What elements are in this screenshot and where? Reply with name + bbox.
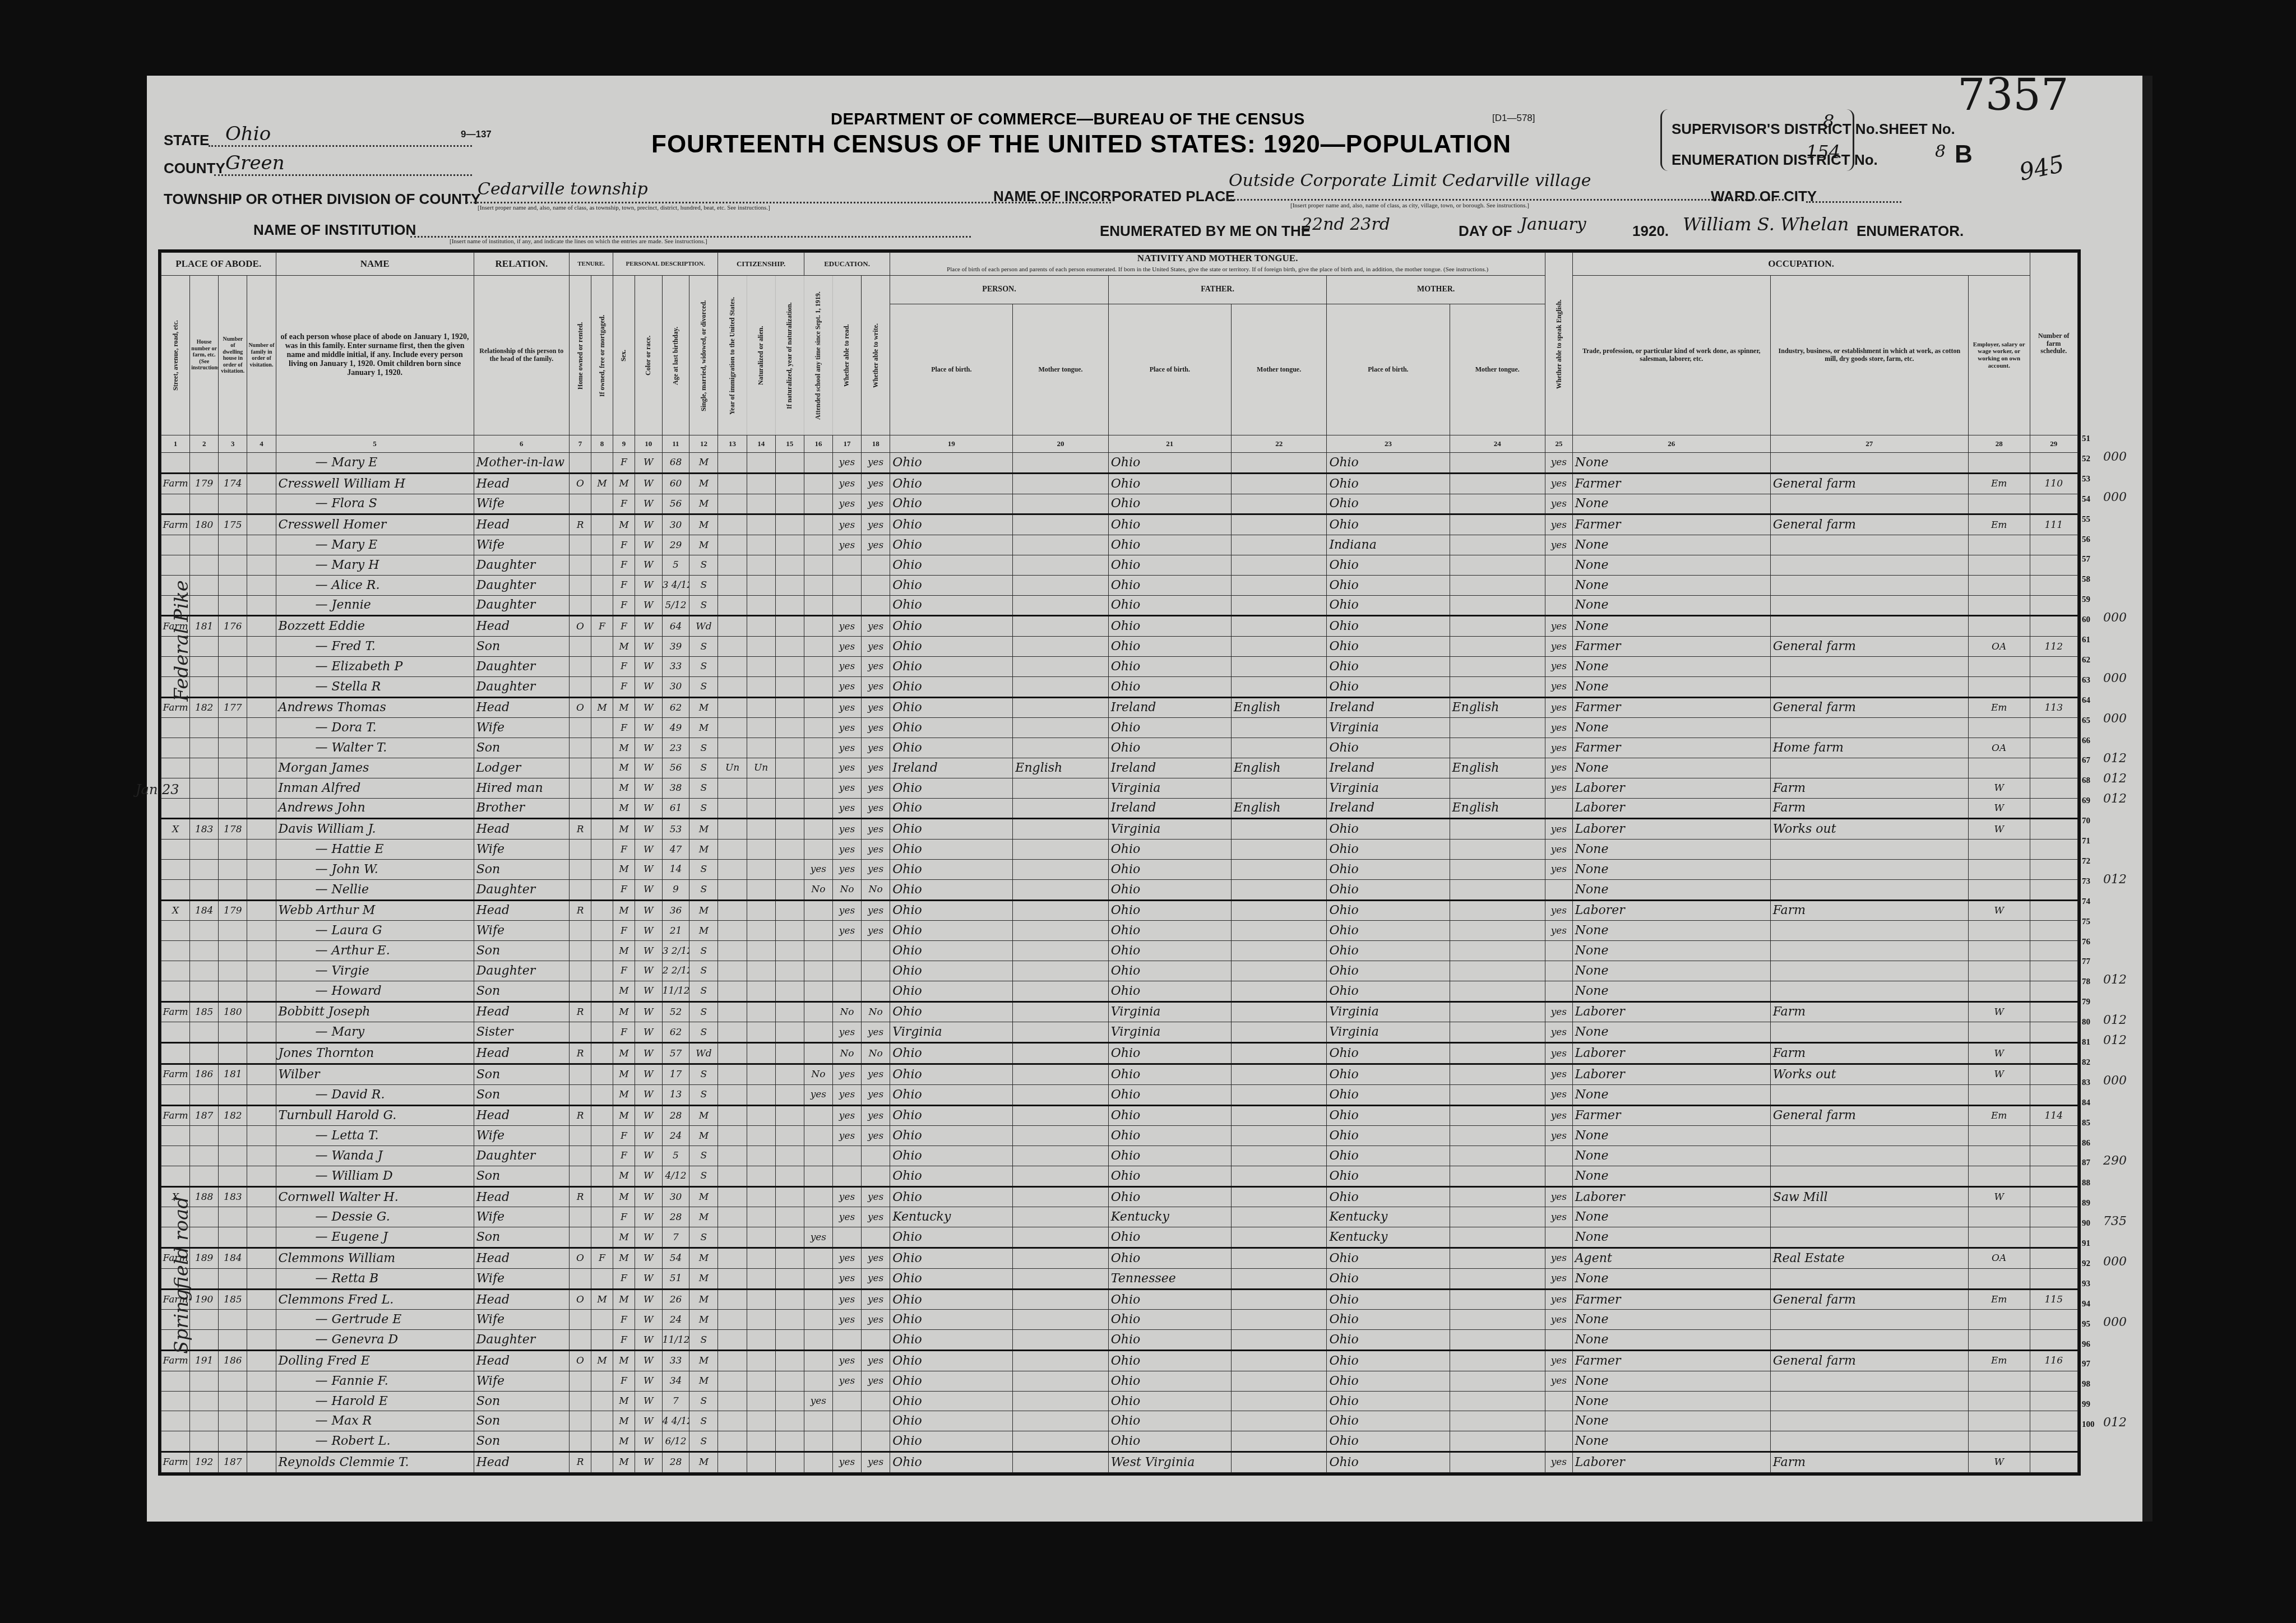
cell-own: [570, 575, 591, 595]
cell-class: OA: [1968, 1248, 2030, 1269]
cell-eng: yes: [1545, 1105, 1573, 1126]
group-person: PERSON.: [890, 276, 1109, 304]
cell-fpob: Tennessee: [1108, 1268, 1231, 1289]
cell-sex: M: [613, 1289, 635, 1310]
cell-fpob: Ohio: [1108, 1043, 1231, 1064]
cell-mort: [591, 798, 613, 819]
cell-pob: Ohio: [890, 1452, 1013, 1473]
cell-eng: [1545, 981, 1573, 1001]
cell-dwelling: [219, 1146, 247, 1166]
cell-write: yes: [862, 758, 890, 778]
cell-nat: [747, 1043, 775, 1064]
cell-race: W: [635, 1166, 662, 1186]
cell-own: [570, 1268, 591, 1289]
cell-sex: F: [613, 1330, 635, 1351]
census-rows: — Mary EMother-in-lawFW68MyesyesOhioOhio…: [161, 453, 2078, 1473]
cell-family: [247, 1043, 276, 1064]
cell-mort: [591, 1166, 613, 1186]
cell-nat: [747, 1289, 775, 1310]
column-number: 17: [832, 435, 861, 453]
cell-dwelling: [219, 453, 247, 474]
col-26-header: Trade, profession, or particular kind of…: [1572, 276, 1770, 435]
cell-mpob: Ohio: [1327, 900, 1450, 921]
cell-trade: Farmer: [1572, 697, 1770, 718]
cell-write: yes: [862, 718, 890, 738]
cell-mt: [1013, 453, 1108, 474]
cell-race: W: [635, 1330, 662, 1351]
cell-house: [190, 758, 219, 778]
cell-farm: [2030, 859, 2078, 879]
census-row: — Dora T.WifeFW49MyesyesOhioOhioVirginia…: [161, 718, 2078, 738]
census-row: — Stella RDaughterFW30SyesyesOhioOhioOhi…: [161, 676, 2078, 697]
cell-marital: M: [689, 1452, 718, 1473]
cell-dwelling: 186: [219, 1351, 247, 1371]
cell-age: 33: [662, 1351, 689, 1371]
cell-read: [832, 595, 861, 616]
cell-house: [190, 879, 219, 900]
cell-street: Farm: [161, 1105, 190, 1126]
cell-relation: Daughter: [474, 1330, 569, 1351]
cell-eng: [1545, 1411, 1573, 1431]
cell-mmt: [1450, 555, 1545, 575]
cell-dwelling: [219, 859, 247, 879]
cell-industry: [1770, 1330, 1968, 1351]
cell-trade: None: [1572, 1310, 1770, 1330]
cell-race: W: [635, 1126, 662, 1146]
cell-age: 38: [662, 778, 689, 798]
cell-house: [190, 555, 219, 575]
cell-sex: F: [613, 595, 635, 616]
cell-fpob: Ohio: [1108, 535, 1231, 555]
cell-fpob: Ohio: [1108, 1146, 1231, 1166]
cell-house: [190, 1022, 219, 1043]
cell-fpob: Ohio: [1108, 900, 1231, 921]
cell-relation: Head: [474, 1248, 569, 1269]
cell-natyr: [775, 676, 804, 697]
cell-age: 17: [662, 1064, 689, 1084]
cell-sex: M: [613, 1064, 635, 1084]
cell-mpob: Ohio: [1327, 1289, 1450, 1310]
cell-age: 28: [662, 1207, 689, 1227]
cell-imm: [718, 961, 747, 981]
cell-pob: Ohio: [890, 1105, 1013, 1126]
cell-own: R: [570, 1452, 591, 1473]
state-field: Ohio: [209, 123, 472, 147]
cell-mpob: Virginia: [1327, 718, 1450, 738]
cell-dwelling: [219, 575, 247, 595]
cell-read: yes: [832, 778, 861, 798]
cell-own: [570, 981, 591, 1001]
cell-own: [570, 1431, 591, 1452]
cell-industry: [1770, 1411, 1968, 1431]
cell-mmt: [1450, 1146, 1545, 1166]
cell-family: [247, 535, 276, 555]
cell-school: [804, 1126, 832, 1146]
line-number: 99: [2082, 1400, 2090, 1409]
census-row: Farm185180Bobbitt JosephHeadRMW52SNoNoOh…: [161, 1001, 2078, 1022]
cell-mort: [591, 656, 613, 676]
cell-own: R: [570, 514, 591, 535]
cell-pob: Kentucky: [890, 1207, 1013, 1227]
cell-eng: yes: [1545, 1001, 1573, 1022]
cell-pob: Ohio: [890, 575, 1013, 595]
cell-pob: Ohio: [890, 1289, 1013, 1310]
group-occupation: OCCUPATION.: [1572, 253, 2030, 276]
cell-class: [1968, 1084, 2030, 1105]
cell-house: 188: [190, 1186, 219, 1207]
cell-write: [862, 961, 890, 981]
cell-natyr: [775, 1001, 804, 1022]
cell-school: yes: [804, 1391, 832, 1411]
line-number: 76: [2082, 938, 2090, 947]
cell-house: [190, 1431, 219, 1452]
census-row: Jones ThorntonHeadRMW57WdNoNoOhioOhioOhi…: [161, 1043, 2078, 1064]
cell-natyr: [775, 1371, 804, 1391]
cell-relation: Daughter: [474, 555, 569, 575]
cell-age: 6/12: [662, 1431, 689, 1452]
cell-eng: yes: [1545, 1310, 1573, 1330]
cell-name: Andrews John: [276, 798, 474, 819]
cell-marital: M: [689, 1186, 718, 1207]
cell-nat: [747, 535, 775, 555]
cell-industry: [1770, 676, 1968, 697]
cell-write: yes: [862, 1022, 890, 1043]
cell-house: [190, 1227, 219, 1248]
cell-farm: 116: [2030, 1351, 2078, 1371]
cell-fmt: [1231, 941, 1326, 961]
cell-mt: [1013, 1289, 1108, 1310]
cell-read: yes: [832, 1105, 861, 1126]
cell-nat: [747, 1064, 775, 1084]
cell-natyr: [775, 1351, 804, 1371]
census-row: — Letta T.WifeFW24MyesyesOhioOhioOhioyes…: [161, 1126, 2078, 1146]
cell-mpob: Ohio: [1327, 656, 1450, 676]
cell-class: [1968, 1022, 2030, 1043]
cell-natyr: [775, 921, 804, 941]
cell-eng: yes: [1545, 1207, 1573, 1227]
township-hint: [Insert proper name and, also, name of c…: [478, 205, 770, 211]
line-number: 74: [2082, 897, 2090, 907]
cell-industry: General farm: [1770, 697, 1968, 718]
cell-family: [247, 1186, 276, 1207]
cell-imm: [718, 637, 747, 657]
cell-mmt: [1450, 637, 1545, 657]
cell-own: [570, 1371, 591, 1391]
line-number: 51: [2082, 434, 2090, 444]
cell-own: [570, 595, 591, 616]
cell-natyr: [775, 1022, 804, 1043]
cell-race: W: [635, 941, 662, 961]
enumerator-name: William S. Whelan: [1683, 214, 1849, 235]
cell-mpob: Ohio: [1327, 859, 1450, 879]
line-number: 53: [2082, 475, 2090, 484]
line-number: 64: [2082, 696, 2090, 706]
cell-pob: Ohio: [890, 616, 1013, 637]
cell-age: 2 2/12: [662, 961, 689, 981]
cell-read: [832, 981, 861, 1001]
cell-mpob: Ireland: [1327, 697, 1450, 718]
group-mother: MOTHER.: [1327, 276, 1545, 304]
cell-fmt: [1231, 921, 1326, 941]
cell-class: [1968, 1310, 2030, 1330]
cell-industry: General farm: [1770, 514, 1968, 535]
cell-eng: [1545, 1227, 1573, 1248]
cell-fpob: Ohio: [1108, 494, 1231, 514]
cell-farm: [2030, 535, 2078, 555]
cell-race: W: [635, 859, 662, 879]
cell-marital: M: [689, 1248, 718, 1269]
cell-mmt: [1450, 981, 1545, 1001]
cell-industry: Saw Mill: [1770, 1186, 1968, 1207]
cell-write: yes: [862, 453, 890, 474]
line-number: 81: [2082, 1038, 2090, 1047]
cell-industry: [1770, 575, 1968, 595]
cell-pob: Ohio: [890, 514, 1013, 535]
cell-relation: Head: [474, 819, 569, 840]
cell-age: 53: [662, 819, 689, 840]
cell-nat: [747, 595, 775, 616]
cell-fmt: English: [1231, 758, 1326, 778]
cell-sex: M: [613, 1411, 635, 1431]
cell-family: [247, 676, 276, 697]
column-number: 7: [570, 435, 591, 453]
cell-pob: Ohio: [890, 778, 1013, 798]
cell-mpob: Ohio: [1327, 961, 1450, 981]
cell-school: [804, 819, 832, 840]
cell-fpob: Virginia: [1108, 1022, 1231, 1043]
cell-trade: None: [1572, 1166, 1770, 1186]
cell-name: — Fannie F.: [276, 1371, 474, 1391]
cell-own: [570, 778, 591, 798]
cell-fmt: [1231, 738, 1326, 758]
cell-farm: [2030, 1268, 2078, 1289]
county-value: Green: [214, 152, 285, 174]
cell-eng: yes: [1545, 1043, 1573, 1064]
ward-field: [1806, 188, 1901, 203]
line-number: 85: [2082, 1119, 2090, 1128]
cell-relation: Son: [474, 1431, 569, 1452]
cell-farm: [2030, 1411, 2078, 1431]
cell-fmt: [1231, 961, 1326, 981]
cell-age: 23: [662, 738, 689, 758]
cell-industry: [1770, 941, 1968, 961]
cell-imm: [718, 981, 747, 1001]
cell-age: 30: [662, 1186, 689, 1207]
cell-nat: [747, 1351, 775, 1371]
cell-mort: [591, 595, 613, 616]
cell-own: [570, 840, 591, 860]
cell-school: [804, 1248, 832, 1269]
cell-race: W: [635, 535, 662, 555]
occupation-code: 012: [2103, 973, 2127, 987]
cell-dwelling: 183: [219, 1186, 247, 1207]
cell-mmt: [1450, 1084, 1545, 1105]
column-number: 9: [613, 435, 635, 453]
cell-eng: [1545, 879, 1573, 900]
cell-natyr: [775, 718, 804, 738]
cell-mort: [591, 535, 613, 555]
cell-pob: Ohio: [890, 453, 1013, 474]
cell-name: Bobbitt Joseph: [276, 1001, 474, 1022]
cell-marital: M: [689, 1351, 718, 1371]
line-number: 90: [2082, 1219, 2090, 1228]
cell-class: [1968, 859, 2030, 879]
cell-race: W: [635, 1289, 662, 1310]
cell-age: 34: [662, 1371, 689, 1391]
cell-industry: [1770, 1084, 1968, 1105]
cell-mt: [1013, 921, 1108, 941]
cell-house: [190, 941, 219, 961]
cell-farm: [2030, 595, 2078, 616]
cell-imm: [718, 494, 747, 514]
cell-street: [161, 921, 190, 941]
cell-farm: [2030, 1084, 2078, 1105]
census-row: — Flora SWifeFW56MyesyesOhioOhioOhioyesN…: [161, 494, 2078, 514]
census-row: — Robert L.SonMW6/12SOhioOhioOhioNone: [161, 1431, 2078, 1452]
cell-trade: None: [1572, 1371, 1770, 1391]
cell-imm: [718, 1105, 747, 1126]
cell-mt: [1013, 1166, 1108, 1186]
cell-mmt: [1450, 1431, 1545, 1452]
cell-trade: None: [1572, 941, 1770, 961]
cell-pob: Ohio: [890, 494, 1013, 514]
cell-name: — Mary E: [276, 535, 474, 555]
cell-eng: yes: [1545, 656, 1573, 676]
column-number: 20: [1013, 435, 1108, 453]
cell-school: [804, 575, 832, 595]
cell-age: 28: [662, 1105, 689, 1126]
cell-school: [804, 1431, 832, 1452]
cell-natyr: [775, 656, 804, 676]
cell-class: W: [1968, 778, 2030, 798]
cell-class: [1968, 595, 2030, 616]
cell-mt: [1013, 718, 1108, 738]
cell-natyr: [775, 941, 804, 961]
cell-nat: [747, 961, 775, 981]
cell-dwelling: [219, 1330, 247, 1351]
cell-eng: yes: [1545, 1248, 1573, 1269]
cell-name: Dolling Fred E: [276, 1351, 474, 1371]
cell-eng: yes: [1545, 921, 1573, 941]
cell-name: Cornwell Walter H.: [276, 1186, 474, 1207]
cell-relation: Head: [474, 1105, 569, 1126]
occupation-code: 290: [2103, 1154, 2127, 1168]
cell-fmt: English: [1231, 697, 1326, 718]
cell-trade: None: [1572, 595, 1770, 616]
cell-write: yes: [862, 514, 890, 535]
cell-nat: [747, 778, 775, 798]
cell-mort: [591, 676, 613, 697]
line-number: 79: [2082, 998, 2090, 1007]
cell-pob: Ohio: [890, 1227, 1013, 1248]
cell-pob: Ohio: [890, 595, 1013, 616]
cell-own: O: [570, 1248, 591, 1269]
cell-fmt: [1231, 676, 1326, 697]
cell-farm: [2030, 1146, 2078, 1166]
cell-mmt: [1450, 819, 1545, 840]
cell-write: [862, 595, 890, 616]
cell-nat: [747, 879, 775, 900]
census-row: X184179Webb Arthur MHeadRMW36MyesyesOhio…: [161, 900, 2078, 921]
cell-natyr: [775, 1227, 804, 1248]
cell-pob: Ohio: [890, 981, 1013, 1001]
cell-house: 187: [190, 1105, 219, 1126]
cell-mt: [1013, 1351, 1108, 1371]
cell-mpob: Ohio: [1327, 879, 1450, 900]
cell-mmt: [1450, 1186, 1545, 1207]
cell-marital: S: [689, 1330, 718, 1351]
cell-school: [804, 555, 832, 575]
cell-street: [161, 1391, 190, 1411]
group-education: EDUCATION.: [804, 253, 890, 276]
cell-sex: M: [613, 1431, 635, 1452]
cell-fpob: Ohio: [1108, 718, 1231, 738]
nativity-title: NATIVITY AND MOTHER TONGUE.: [890, 253, 1545, 264]
cell-race: W: [635, 1391, 662, 1411]
cell-write: yes: [862, 494, 890, 514]
group-nativity: NATIVITY AND MOTHER TONGUE. Place of bir…: [890, 253, 1545, 276]
line-number: 70: [2082, 817, 2090, 826]
cell-nat: [747, 656, 775, 676]
cell-industry: [1770, 535, 1968, 555]
cell-read: [832, 1411, 861, 1431]
cell-school: [804, 1105, 832, 1126]
cell-name: Reynolds Clemmie T.: [276, 1452, 474, 1473]
cell-natyr: [775, 616, 804, 637]
cell-nat: [747, 1431, 775, 1452]
cell-name: — Nellie: [276, 879, 474, 900]
cell-mt: [1013, 1146, 1108, 1166]
column-number-row: 1234567891011121314151617181920212223242…: [161, 435, 2078, 453]
column-number: 29: [2030, 435, 2078, 453]
cell-trade: Laborer: [1572, 1186, 1770, 1207]
cell-mt: [1013, 1452, 1108, 1473]
cell-farm: 115: [2030, 1289, 2078, 1310]
occupation-code: 012: [2103, 1416, 2127, 1430]
cell-trade: None: [1572, 616, 1770, 637]
cell-class: [1968, 1268, 2030, 1289]
cell-mpob: Ohio: [1327, 1351, 1450, 1371]
line-number: 57: [2082, 555, 2090, 564]
cell-industry: [1770, 921, 1968, 941]
cell-read: yes: [832, 921, 861, 941]
column-number: 28: [1968, 435, 2030, 453]
col-21-header: Place of birth.: [1108, 304, 1231, 435]
cell-relation: Wife: [474, 494, 569, 514]
cell-race: W: [635, 1411, 662, 1431]
cell-name: — Dora T.: [276, 718, 474, 738]
cell-mort: [591, 1330, 613, 1351]
cell-family: [247, 758, 276, 778]
cell-eng: yes: [1545, 637, 1573, 657]
cell-eng: yes: [1545, 1084, 1573, 1105]
cell-imm: [718, 1452, 747, 1473]
cell-eng: yes: [1545, 473, 1573, 494]
cell-school: yes: [804, 859, 832, 879]
cell-mpob: Ohio: [1327, 1186, 1450, 1207]
cell-mmt: [1450, 921, 1545, 941]
cell-industry: Home farm: [1770, 738, 1968, 758]
cell-house: [190, 1146, 219, 1166]
cell-mort: [591, 453, 613, 474]
cell-pob: Ohio: [890, 840, 1013, 860]
cell-class: [1968, 616, 2030, 637]
cell-mt: [1013, 738, 1108, 758]
cell-read: [832, 1330, 861, 1351]
cell-imm: [718, 595, 747, 616]
cell-trade: None: [1572, 758, 1770, 778]
cell-school: [804, 494, 832, 514]
